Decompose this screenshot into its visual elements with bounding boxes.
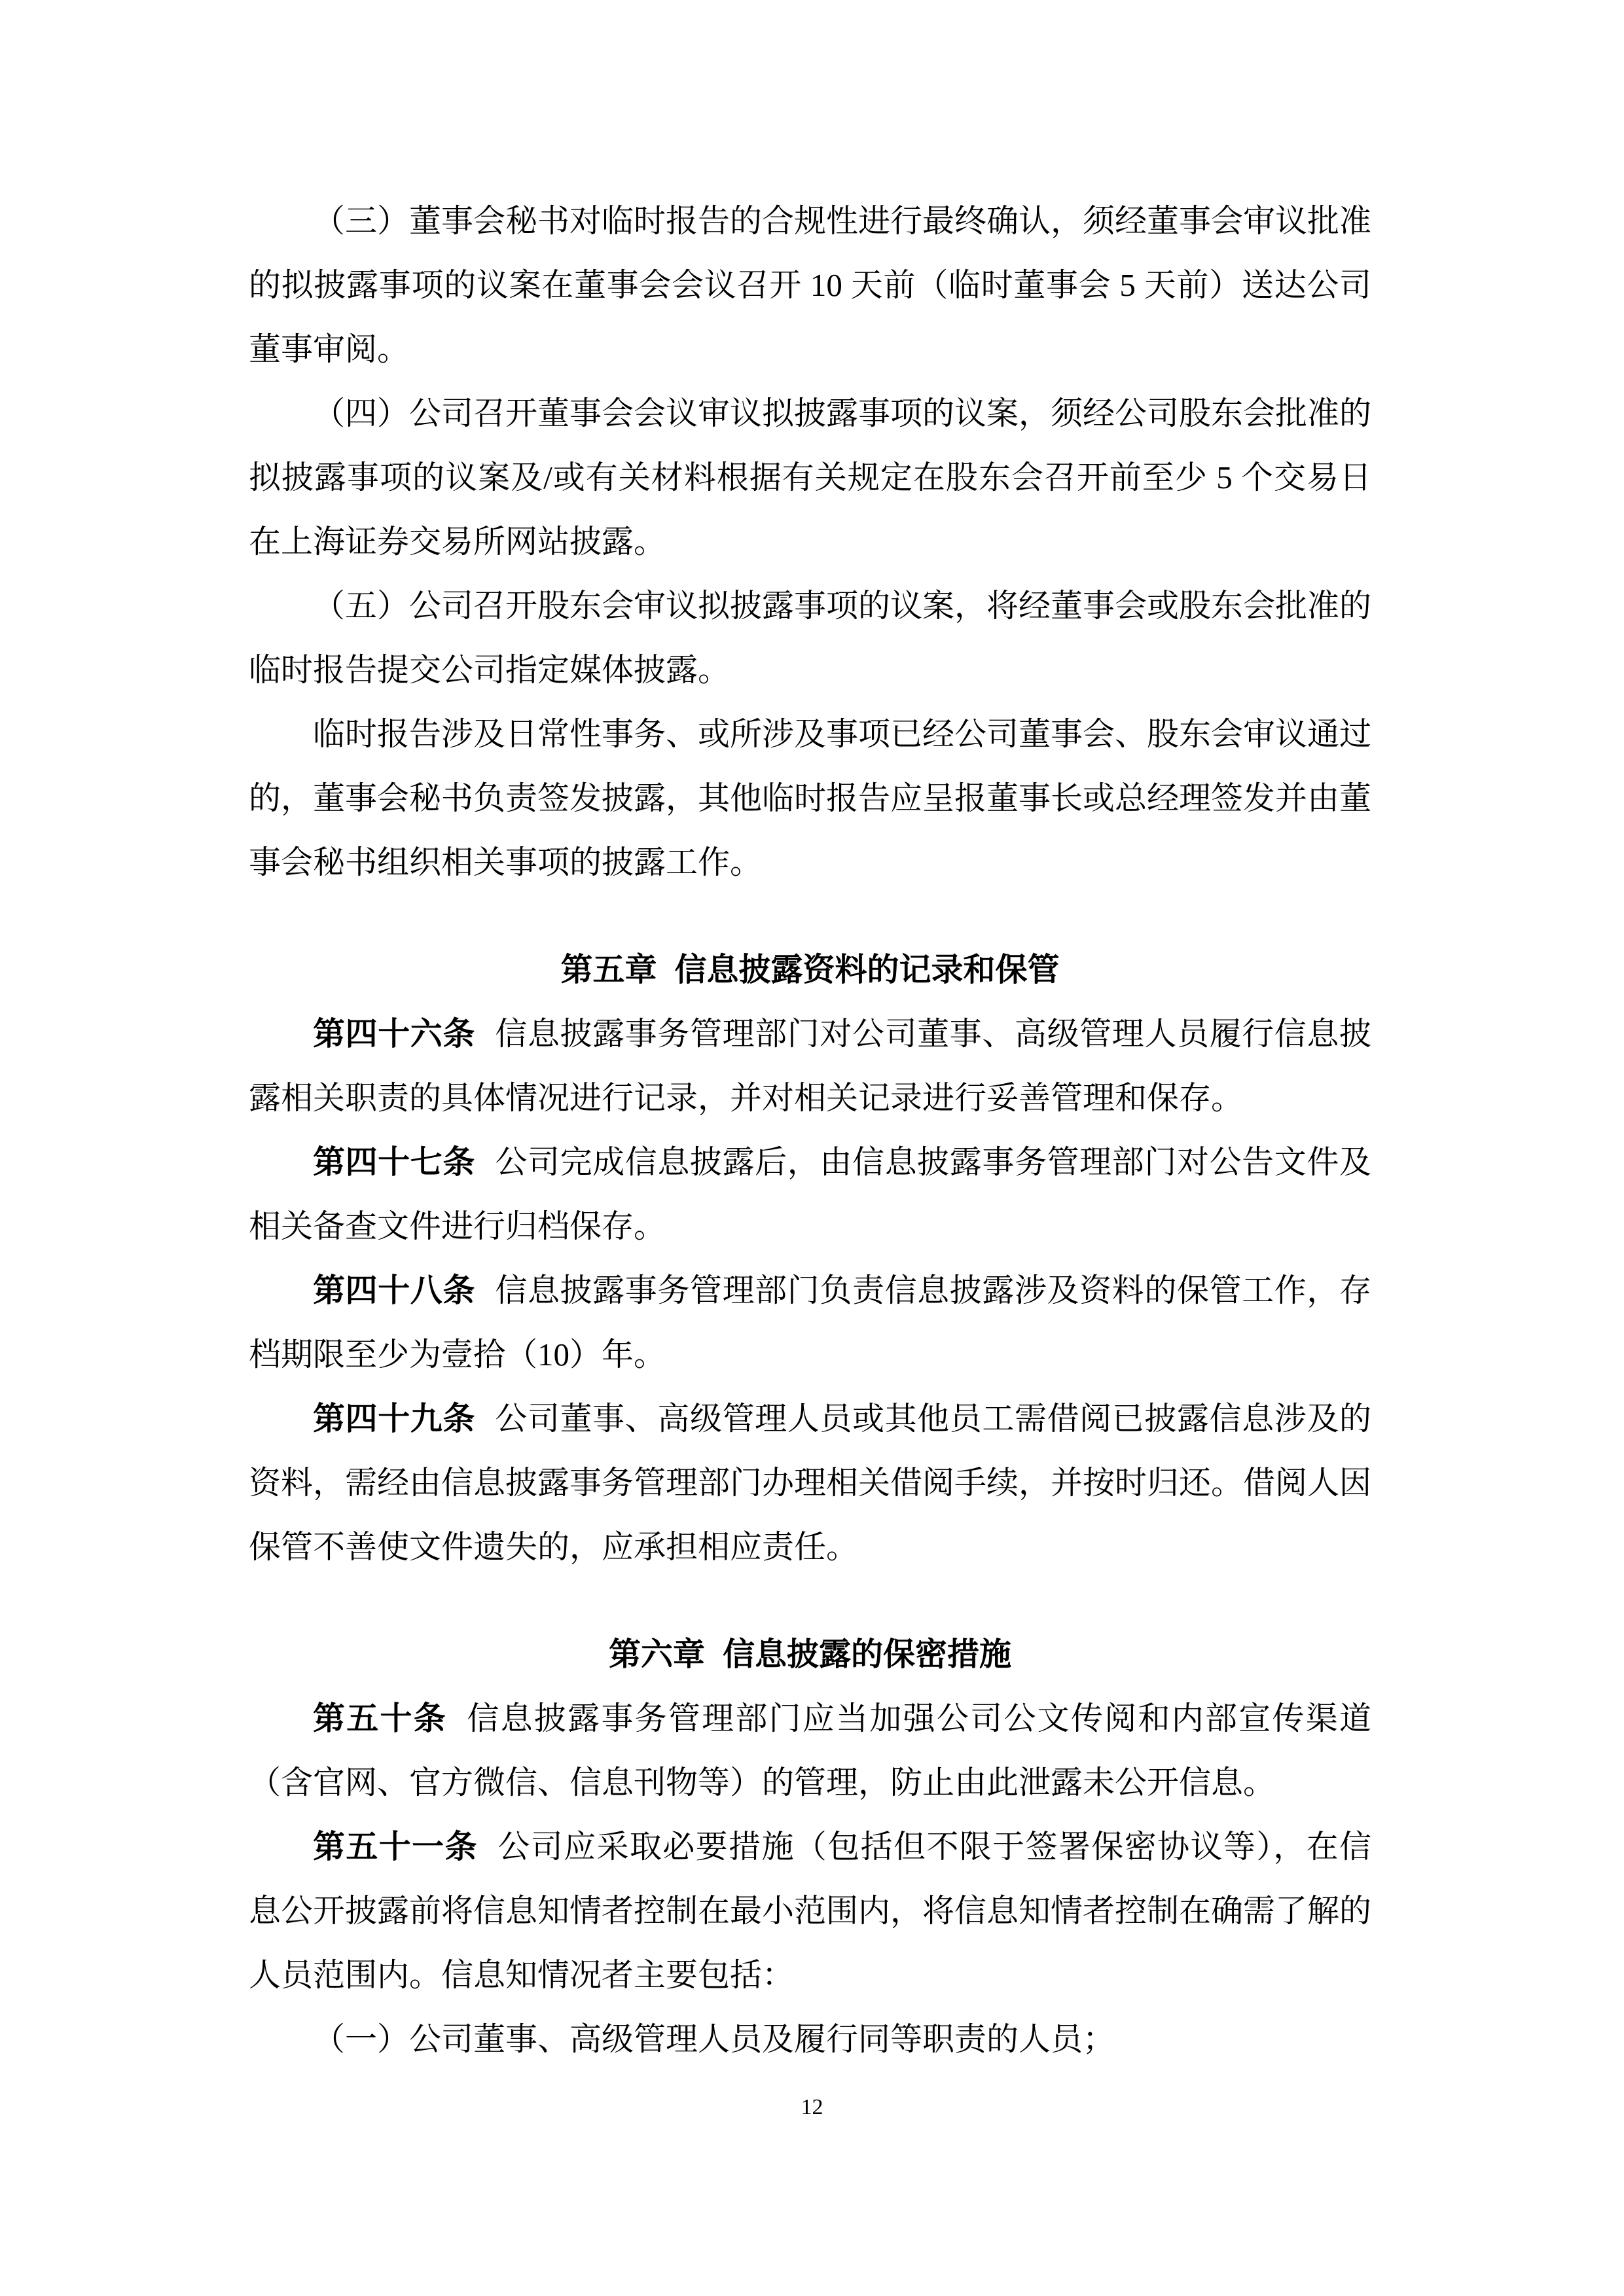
article-48-number: 第四十八条	[313, 1272, 475, 1308]
document-page: （三）董事会秘书对临时报告的合规性进行最终确认，须经董事会审议批准的拟披露事项的…	[0, 0, 1624, 2296]
paragraph-interim-report: 临时报告涉及日常性事务、或所涉及事项已经公司董事会、股东会审议通过的，董事会秘书…	[249, 702, 1371, 895]
paragraph-item-4: （四）公司召开董事会会议审议拟披露事项的议案，须经公司股东会批准的拟披露事项的议…	[249, 382, 1371, 574]
article-48: 第四十八条信息披露事务管理部门负责信息披露涉及资料的保管工作，存档期限至少为壹拾…	[249, 1259, 1371, 1387]
chapter-6-title: 信息披露的保密措施	[723, 1636, 1011, 1672]
chapter-6-number: 第六章	[609, 1636, 705, 1672]
page-number: 12	[0, 2092, 1624, 2123]
article-51: 第五十一条公司应采取必要措施（包括但不限于签署保密协议等），在信息公开披露前将信…	[249, 1815, 1371, 2007]
article-46: 第四十六条信息披露事务管理部门对公司董事、高级管理人员履行信息披露相关职责的具体…	[249, 1002, 1371, 1130]
article-49-number: 第四十九条	[313, 1401, 475, 1437]
paragraph-item-3: （三）董事会秘书对临时报告的合规性进行最终确认，须经董事会审议批准的拟披露事项的…	[249, 189, 1371, 382]
chapter-5-number: 第五章	[561, 952, 657, 988]
chapter-5-heading: 第五章信息披露资料的记录和保管	[249, 938, 1371, 1002]
page-content: （三）董事会秘书对临时报告的合规性进行最终确认，须经董事会审议批准的拟披露事项的…	[249, 189, 1371, 2072]
chapter-5-title: 信息披露资料的记录和保管	[674, 952, 1059, 988]
article-50-number: 第五十条	[313, 1700, 447, 1736]
article-50: 第五十条信息披露事务管理部门应当加强公司公文传阅和内部宣传渠道（含官网、官方微信…	[249, 1687, 1371, 1815]
article-51-number: 第五十一条	[313, 1829, 478, 1865]
paragraph-item-5: （五）公司召开股东会审议拟披露事项的议案，将经董事会或股东会批准的临时报告提交公…	[249, 574, 1371, 702]
chapter-6-heading: 第六章信息披露的保密措施	[249, 1623, 1371, 1687]
paragraph-item-1: （一）公司董事、高级管理人员及履行同等职责的人员；	[249, 2007, 1371, 2072]
article-49: 第四十九条公司董事、高级管理人员或其他员工需借阅已披露信息涉及的资料，需经由信息…	[249, 1387, 1371, 1579]
article-47: 第四十七条公司完成信息披露后，由信息披露事务管理部门对公告文件及相关备查文件进行…	[249, 1130, 1371, 1259]
article-47-number: 第四十七条	[313, 1144, 475, 1180]
article-46-number: 第四十六条	[313, 1016, 475, 1052]
